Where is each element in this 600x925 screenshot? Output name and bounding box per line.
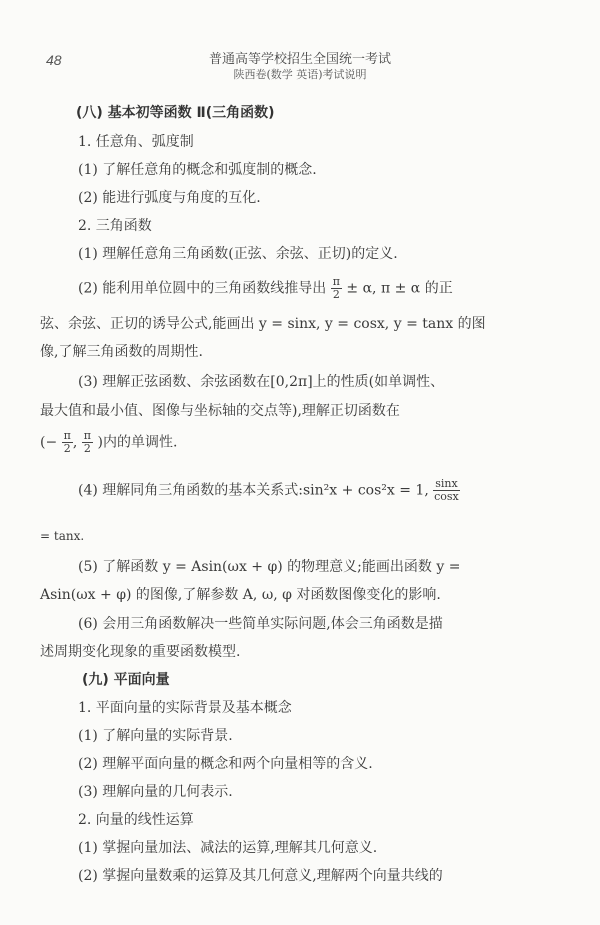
list-item: (2) 掌握向量数乘的运算及其几何意义,理解两个向量共线的 (78, 865, 443, 885)
list-item: (1) 了解任意角的概念和弧度制的概念. (78, 159, 317, 179)
fraction-pi-over-2: π2 (331, 276, 342, 301)
header-title: 普通高等学校招生全国统一考试 (0, 48, 600, 67)
list-item: = tanx. (40, 529, 84, 543)
list-item: (2) 理解平面向量的概念和两个向量相等的含义. (78, 753, 373, 773)
section-heading: (九) 平面向量 (82, 669, 170, 689)
list-item: (2) 能进行弧度与角度的互化. (78, 187, 261, 207)
list-item: Asin(ωx + φ) 的图像,了解参数 A, ω, φ 对函数图像变化的影响… (40, 584, 441, 604)
list-item: (5) 了解函数 y = Asin(ωx + φ) 的物理意义;能画出函数 y … (78, 556, 460, 576)
list-item: 述周期变化现象的重要函数模型. (40, 641, 240, 661)
list-item: 1. 任意角、弧度制 (78, 131, 194, 151)
list-item: (6) 会用三角函数解决一些简单实际问题,体会三角函数是描 (78, 613, 443, 633)
list-item: (3) 理解正弦函数、余弦函数在[0,2π]上的性质(如单调性、 (78, 371, 444, 391)
list-item: (4) 理解同角三角函数的基本关系式:sin²x + cos²x = 1, si… (78, 478, 460, 503)
list-item: (1) 掌握向量加法、减法的运算,理解其几何意义. (78, 837, 377, 857)
list-item: 2. 向量的线性运算 (78, 809, 194, 829)
list-item: (− π2, π2 )内的单调性. (40, 430, 177, 455)
list-item: (3) 理解向量的几何表示. (78, 781, 233, 801)
list-item: 像,了解三角函数的周期性. (40, 341, 203, 361)
list-item: 弦、余弦、正切的诱导公式,能画出 y = sinx, y = cosx, y =… (40, 313, 486, 333)
section-heading: (八) 基本初等函数 Ⅱ(三角函数) (76, 102, 275, 122)
header-subtitle: 陕西卷(数学 英语)考试说明 (0, 66, 600, 82)
list-item: (1) 了解向量的实际背景. (78, 725, 233, 745)
list-item: 2. 三角函数 (78, 215, 152, 235)
list-item: 最大值和最小值、图像与坐标轴的交点等),理解正切函数在 (40, 400, 400, 420)
list-item: (2) 能利用单位圆中的三角函数线推导出 π2 ± α, π ± α 的正 (78, 276, 453, 301)
list-item: (1) 理解任意角三角函数(正弦、余弦、正切)的定义. (78, 243, 398, 263)
list-item: 1. 平面向量的实际背景及基本概念 (78, 697, 292, 717)
